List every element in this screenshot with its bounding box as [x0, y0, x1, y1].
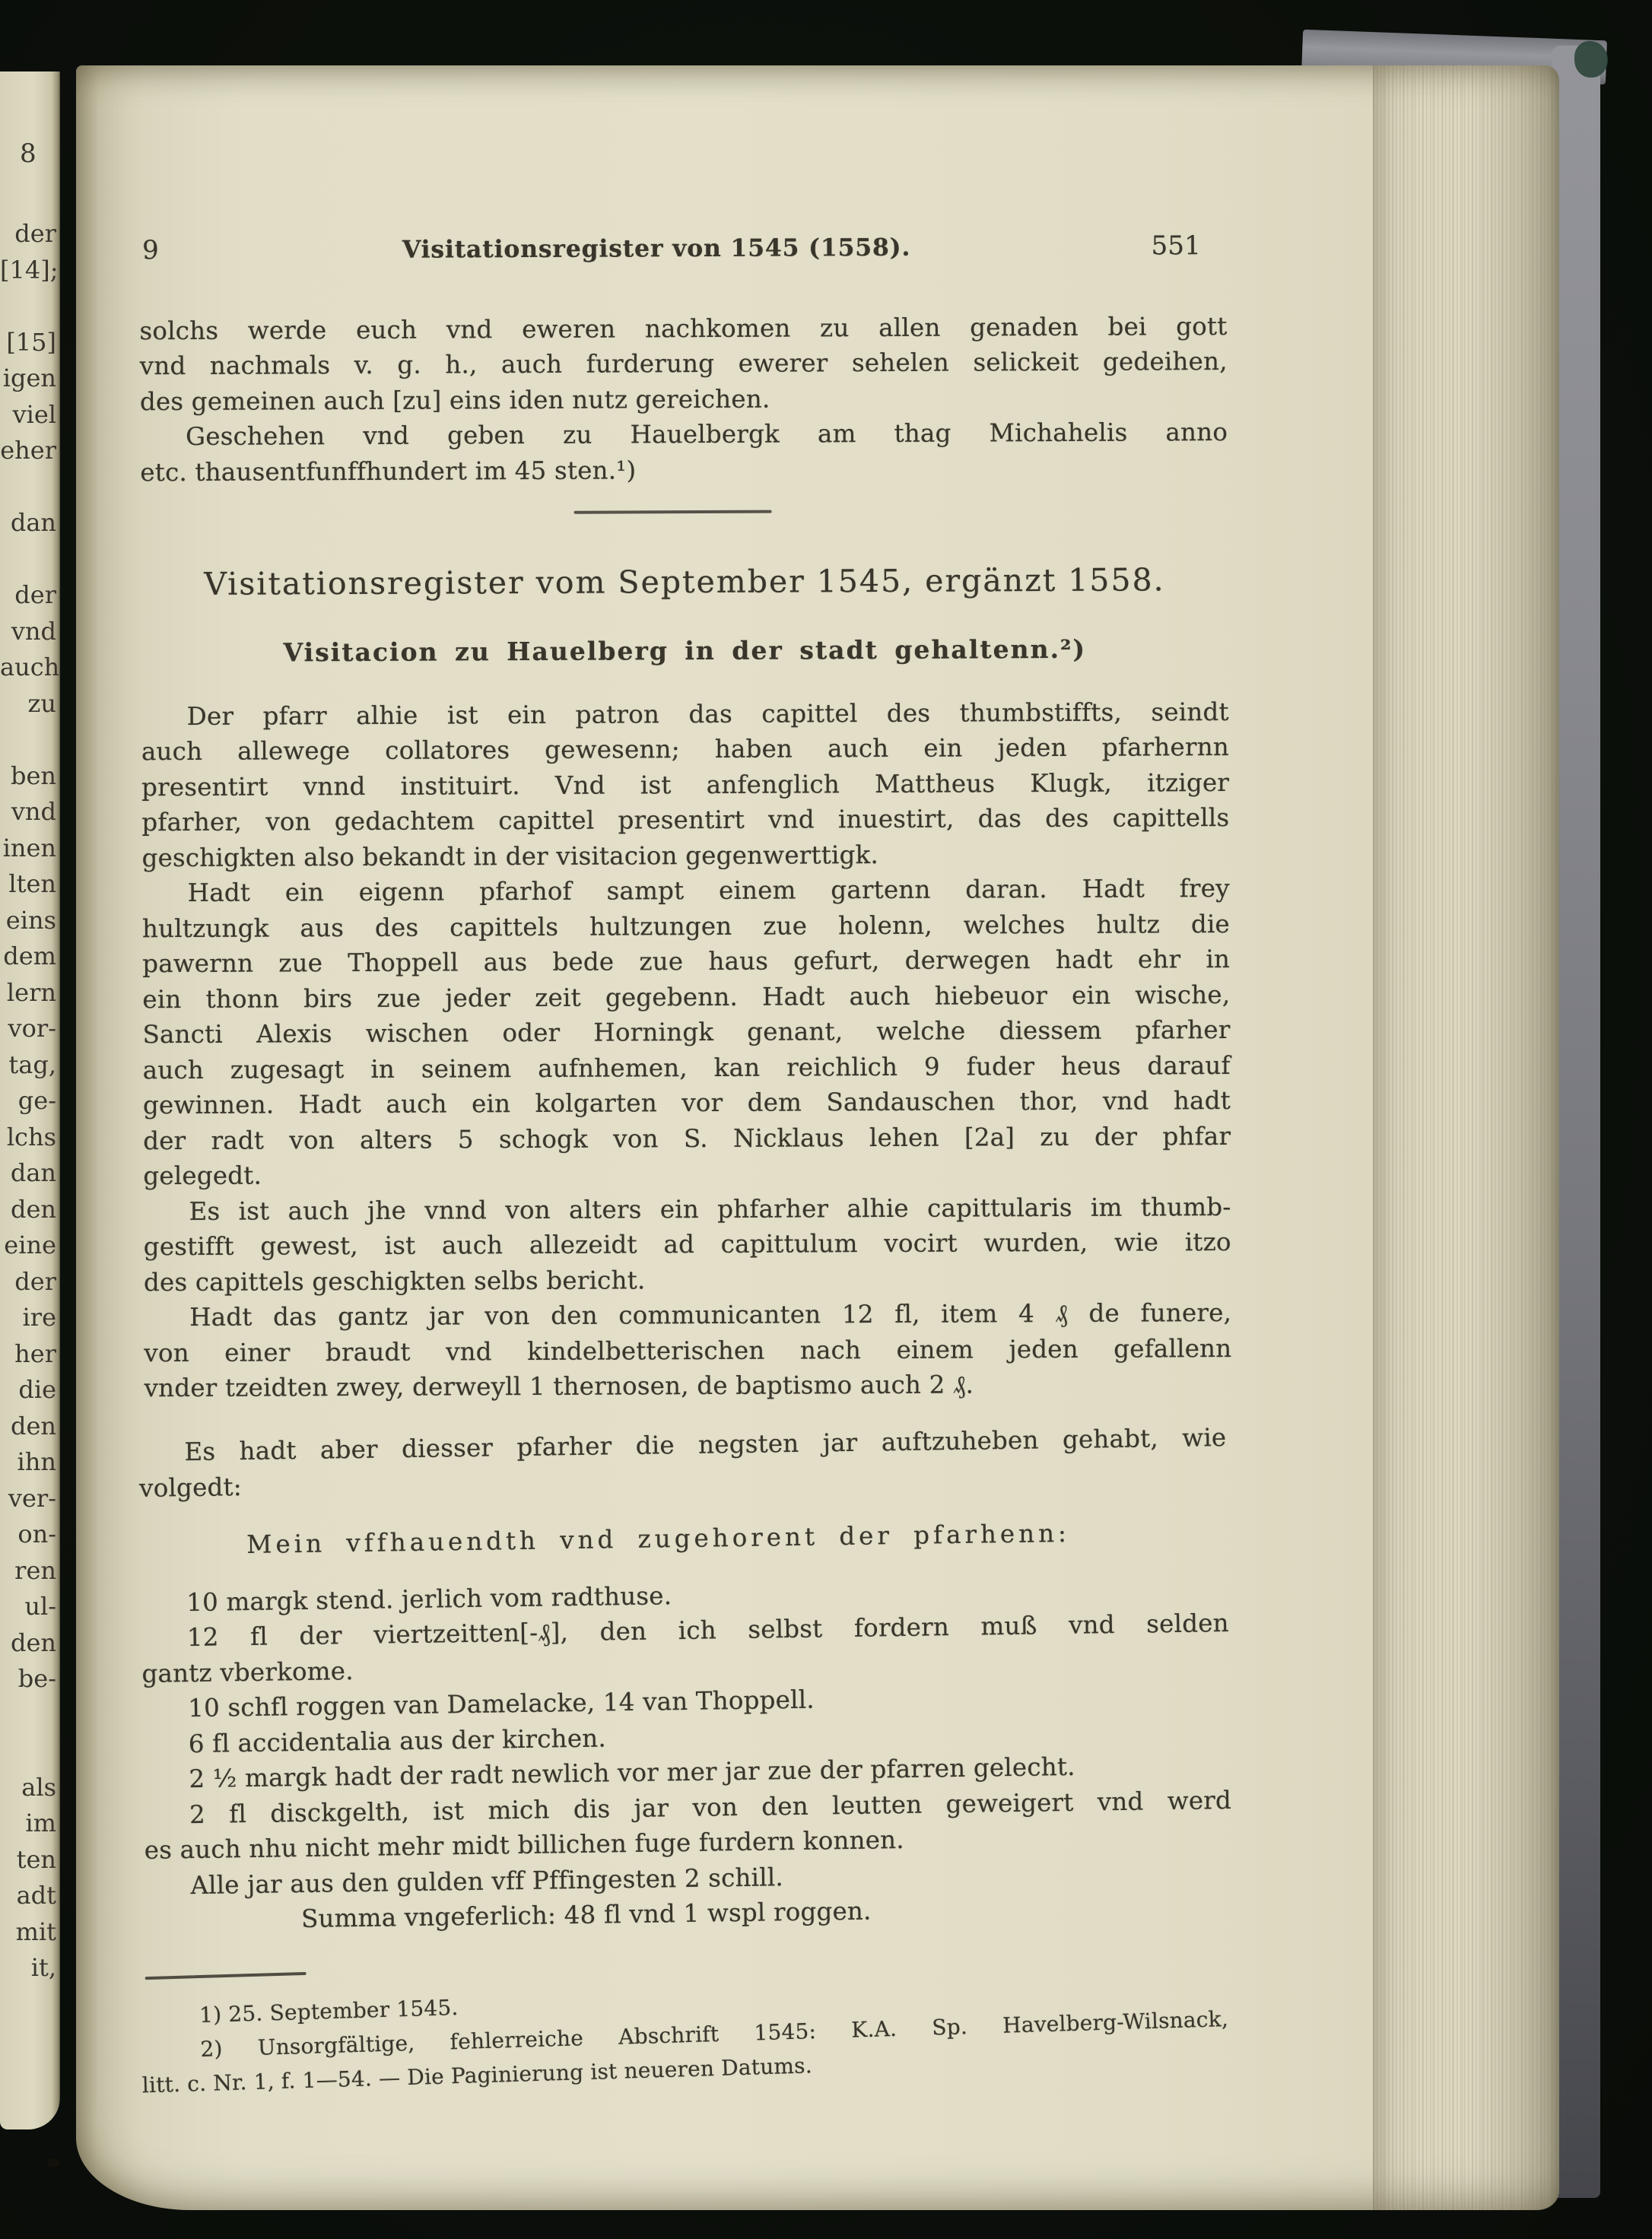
upper-text-block: 9 Visitationsregister von 1545 (1558). 5…: [138, 65, 1232, 1406]
cut-off-word-fragment: [0, 1733, 56, 1770]
cut-off-word-fragment: vnd: [0, 794, 56, 830]
running-head-title: Visitationsregister von 1545 (1558).: [211, 230, 1102, 269]
cut-off-word-fragment: dem: [0, 938, 56, 975]
cut-off-word-fragment: [0, 1698, 56, 1734]
cut-off-word-fragment: ver-: [0, 1481, 56, 1517]
gutter-speck: [47, 2158, 59, 2168]
text-line: etc. thausentfunffhundert im 45 sten.¹): [140, 449, 1228, 490]
cut-off-word-fragment: die: [0, 1372, 56, 1409]
cut-off-word-fragment: dan: [0, 1155, 56, 1192]
cut-off-word-fragment: her: [0, 1336, 56, 1373]
folio-number: 551: [1102, 228, 1227, 264]
text-line: Hadt ein eigenn pfarhof sampt einem gart…: [142, 871, 1230, 911]
cut-off-word-fragment: [14];: [0, 252, 56, 289]
cut-off-word-fragment: den: [0, 1625, 56, 1662]
previous-page-number: 8: [20, 138, 37, 169]
paragraph-closing-formula: solchs werde euch vnd eweren nachkomen z…: [139, 308, 1228, 419]
paragraph-dateline: Geschehen vnd geben zu Hauelbergk am tha…: [140, 414, 1228, 490]
cut-off-word-fragment: lchs: [0, 1119, 56, 1156]
cut-off-word-fragment: als: [0, 1770, 56, 1806]
cut-off-word-fragment: ire: [0, 1300, 56, 1336]
cut-off-word-fragment: ge-: [0, 1083, 56, 1119]
cut-off-word-fragment: den: [0, 1409, 56, 1445]
cut-off-word-fragment: igen: [0, 360, 56, 397]
cut-off-word-fragment: der: [0, 1264, 56, 1301]
footnote-rule: [145, 1972, 307, 1980]
cut-off-word-fragment: auch: [0, 649, 56, 686]
section-subheading: Visitacion zu Hauelberg in der stadt geh…: [141, 631, 1228, 672]
paragraph-income-lead: Es hadt aber diesser pfarher die negsten…: [138, 1420, 1227, 1506]
book-scan: 8 der[14];[15]igenvieleherdandervndauchz…: [0, 0, 1652, 2239]
text-line: gewinnen. Hadt auch ein kolgarten vor de…: [143, 1083, 1231, 1123]
cut-off-word-fragment: mit: [0, 1914, 56, 1951]
cut-off-word-fragment: [0, 288, 56, 325]
footnote-block: 1) 25. September 1545. 2) Unsorgfältige,…: [139, 1945, 1230, 2102]
cut-off-word-fragment: lern: [0, 975, 56, 1012]
cut-off-word-fragment: dan: [0, 505, 56, 541]
cut-off-word-fragment: den: [0, 1192, 56, 1228]
cut-off-word-fragment: [15]: [0, 325, 56, 361]
cut-off-word-fragment: ihn: [0, 1444, 56, 1481]
cut-off-word-fragment: ul-: [0, 1589, 56, 1625]
cut-off-word-fragment: it,: [0, 1950, 56, 1987]
cut-off-word-fragment: inen: [0, 830, 56, 867]
cut-off-word-fragment: [0, 722, 56, 758]
text-line: Der pfarr alhie ist ein patron das capit…: [141, 694, 1229, 734]
cut-off-word-fragment: ten: [0, 1842, 56, 1879]
cut-off-word-fragment: [0, 469, 56, 506]
text-line: gestifft gewest, ist auch allezeidt ad c…: [144, 1224, 1231, 1265]
cover-corner-patch: [1574, 41, 1608, 78]
cut-off-word-fragment: vnd: [0, 614, 56, 650]
cut-off-word-fragment: viel: [0, 397, 56, 434]
text-line: des capittels geschigkten selbs bericht.: [144, 1259, 1231, 1300]
paragraph-patronage: Der pfarr alhie ist ein patron das capit…: [141, 694, 1230, 875]
text-line: pfarher, von gedachtem capittel presenti…: [141, 800, 1229, 840]
income-text-block: Es hadt aber diesser pfarher die negsten…: [138, 1420, 1233, 1939]
cut-off-word-fragment: eins: [0, 903, 56, 939]
cut-off-word-fragment: be-: [0, 1661, 56, 1698]
text-line: Hadt das gantz jar von den communicanten…: [144, 1295, 1231, 1335]
paragraph-capitular: Es ist auch jhe vnnd von alters ein phfa…: [143, 1189, 1231, 1300]
text-line: geschigkten also bekandt in der visitaci…: [141, 835, 1229, 875]
text-line: pawernn zue Thoppell aus bede zue haus g…: [142, 942, 1230, 982]
page-content: 9 Visitationsregister von 1545 (1558). 5…: [138, 65, 1226, 2070]
cut-off-word-fragment: eine: [0, 1227, 56, 1264]
cut-off-word-fragment: on-: [0, 1516, 56, 1553]
text-line: gelegedt.: [143, 1154, 1231, 1194]
text-line: von einer braudt vnd kindelbetterischen …: [144, 1330, 1231, 1370]
text-line: solchs werde euch vnd eweren nachkomen z…: [139, 308, 1227, 348]
cut-off-word-fragment: der: [0, 216, 56, 252]
paragraph-parsonage: Hadt ein eigenn pfarhof sampt einem gart…: [142, 871, 1231, 1194]
text-line: vnder tzeidten zwey, derweyll 1 thernose…: [144, 1366, 1231, 1406]
cut-off-word-fragment: [0, 541, 56, 578]
cut-off-word-fragment: adt: [0, 1878, 56, 1914]
book-page: 9 Visitationsregister von 1545 (1558). 5…: [76, 65, 1559, 2210]
text-line: auch zugesagt in seinem aufnhemen, kan r…: [143, 1047, 1231, 1088]
cut-off-word-fragment: ben: [0, 758, 56, 795]
income-list: 10 margk stend. jerlich vom radthuse. 12…: [141, 1570, 1233, 1939]
text-line: presentirt vnnd instituirt. Vnd ist anfe…: [141, 764, 1229, 805]
paragraph-fees: Hadt das gantz jar von den communicanten…: [144, 1295, 1232, 1406]
cut-off-word-fragment: im: [0, 1805, 56, 1842]
text-line: der radt von alters 5 schogk von S. Nick…: [143, 1118, 1231, 1158]
cut-off-word-fragment: ren: [0, 1553, 56, 1590]
previous-page-edge: 8 der[14];[15]igenvieleherdandervndauchz…: [0, 71, 60, 2129]
text-line: Geschehen vnd geben zu Hauelbergk am tha…: [140, 414, 1228, 455]
page-stack-fore-edge: [1373, 65, 1559, 2210]
cut-off-word-fragment: tag,: [0, 1047, 56, 1084]
running-head: 9 Visitationsregister von 1545 (1558). 5…: [138, 65, 1227, 269]
text-line: Es ist auch jhe vnnd von alters ein phfa…: [143, 1189, 1231, 1229]
text-line: ein thonn birs zue jeder zeit gegebenn. …: [142, 977, 1230, 1017]
cut-off-word-fragment: lten: [0, 866, 56, 903]
footnotes: 1) 25. September 1545. 2) Unsorgfältige,…: [140, 1967, 1230, 2102]
text-line: auch allewege collatores gewesenn; haben…: [141, 729, 1229, 770]
cut-off-word-fragment: eher: [0, 433, 56, 469]
cut-off-word-fragment: zu: [0, 686, 56, 723]
section-heading: Visitationsregister vom September 1545, …: [141, 558, 1228, 605]
text-line: hultzungk aus des capittels hultzungen z…: [142, 906, 1230, 946]
previous-page-text-fragments: der[14];[15]igenvieleherdandervndauchzub…: [0, 216, 56, 1987]
cut-off-word-fragment: der: [0, 577, 56, 614]
cut-off-word-fragment: vor-: [0, 1011, 56, 1047]
page-number: 9: [139, 233, 211, 268]
text-line: des gemeinen auch [zu] eins iden nutz ge…: [140, 379, 1228, 419]
income-heading: Mein vffhauendth vnd zugehorent der pfar…: [246, 1513, 1228, 1562]
text-line: Sancti Alexis wischen oder Horningk gena…: [142, 1012, 1230, 1053]
section-divider-rule: [574, 510, 772, 514]
text-line: vnd nachmals v. g. h., auch furderung ew…: [140, 344, 1228, 384]
